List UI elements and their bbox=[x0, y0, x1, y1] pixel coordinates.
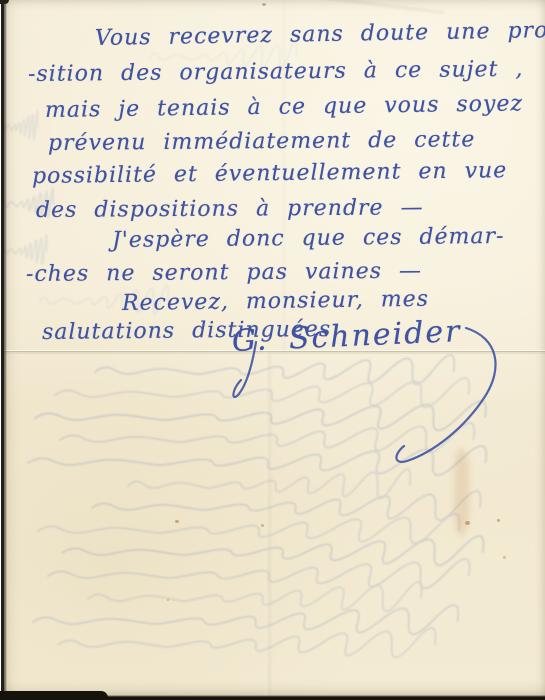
foxing-spot bbox=[465, 521, 470, 525]
foxing-spot bbox=[175, 520, 179, 523]
page-left-edge bbox=[0, 0, 7, 700]
diagonal-crease bbox=[295, 0, 444, 14]
foxing-spot bbox=[167, 599, 169, 601]
letter-line: -ches ne seront pas vaines — bbox=[26, 259, 422, 287]
letter-photograph: Vous recevrez sans doute une propo- -sit… bbox=[0, 0, 545, 700]
foxing-spot bbox=[503, 556, 506, 559]
foxing-spot bbox=[261, 524, 264, 527]
vertical-fold-crease bbox=[265, 352, 271, 700]
letter-line: Vous recevrez sans doute une propo- bbox=[95, 17, 545, 51]
letter-page: Vous recevrez sans doute une propo- -sit… bbox=[0, 0, 545, 700]
paper-speck bbox=[262, 3, 266, 6]
letter-line: mais je tenais à ce que vous soyez bbox=[45, 91, 523, 123]
page-bottom-left-corner bbox=[0, 691, 108, 700]
letter-line: des dispositions à prendre — bbox=[36, 195, 424, 223]
letter-line: possibilité et éventuellement en vue bbox=[32, 158, 508, 189]
letter-line: J'espère donc que ces démar- bbox=[112, 224, 505, 253]
letter-line: Recevez, monsieur, mes bbox=[122, 287, 429, 316]
page-top-left-corner bbox=[0, 0, 9, 4]
letter-line: -sition des organisateurs à ce sujet , bbox=[28, 57, 524, 87]
letter-line: prévenu immédiatement de cette bbox=[48, 127, 475, 156]
foxing-spot bbox=[497, 519, 500, 522]
